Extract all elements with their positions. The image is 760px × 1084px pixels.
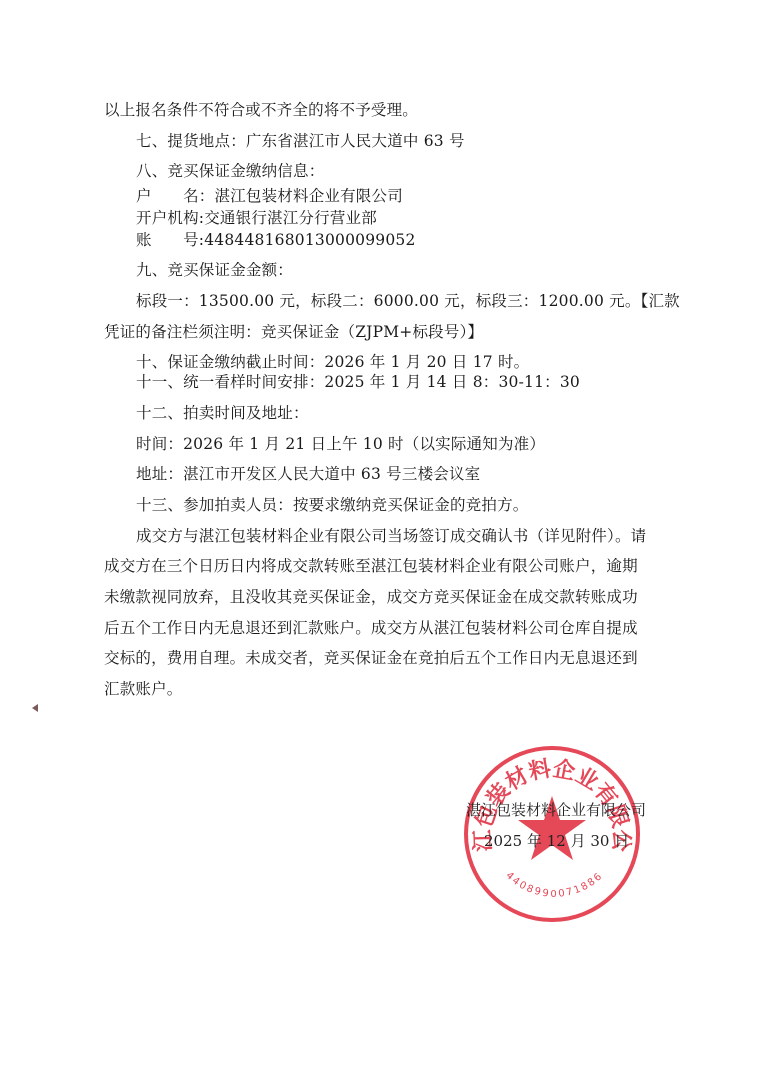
document-line: 后五个工作日内无息退还到汇款账户。成交方从湛江包装材料公司仓库自提成 <box>104 618 638 638</box>
document-line: 十三、参加拍卖人员：按要求缴纳竞买保证金的竞拍方。 <box>136 495 529 515</box>
document-line: 开户机构:交通银行湛江分行营业部 <box>136 208 377 228</box>
document-line: 地址：湛江市开发区人民大道中 63 号三楼会议室 <box>136 464 480 484</box>
document-line: 交标的，费用自理。未成交者，竞买保证金在竞拍后五个工作日内无息退还到 <box>104 648 638 668</box>
document-line: 标段一：13500.00 元，标段二：6000.00 元，标段三：1200.00… <box>136 291 680 311</box>
document-line: 十二、拍卖时间及地址： <box>136 403 309 423</box>
document-line: 十一、统一看样时间安排：2025 年 1 月 14 日 8：30-11：30 <box>136 372 580 392</box>
svg-text:4408990071886: 4408990071886 <box>503 870 605 900</box>
page-marker-icon <box>32 704 38 712</box>
document-line: 凭证的备注栏须注明：竞买保证金（ZJPM+标段号）】 <box>104 322 483 342</box>
document-line: 未缴款视同放弃，且没收其竞买保证金，成交方竞买保证金在成交款转账成功 <box>104 587 638 607</box>
document-line: 汇款账户。 <box>104 679 183 699</box>
document-line: 时间：2026 年 1 月 21 日上午 10 时（以实际通知为准） <box>136 434 545 454</box>
document-page: 以上报名条件不符合或不齐全的将不予受理。七、提货地点：广东省湛江市人民大道中 6… <box>0 0 760 1084</box>
document-line: 成交方在三个日历日内将成交款转账至湛江包装材料企业有限公司账户，逾期 <box>104 556 638 576</box>
document-line: 七、提货地点：广东省湛江市人民大道中 63 号 <box>136 131 465 151</box>
document-line: 以上报名条件不符合或不齐全的将不予受理。 <box>104 100 418 120</box>
document-line: 九、竞买保证金金额： <box>136 260 293 280</box>
document-line: 户 名：湛江包装材料企业有限公司 <box>136 186 403 206</box>
document-line: 十、保证金缴纳截止时间：2026 年 1 月 20 日 17 时。 <box>136 352 529 372</box>
signature-date: 2025 年 12 月 30 日 <box>484 831 629 851</box>
signature-company: 湛江包装材料企业有限公司 <box>466 800 646 820</box>
document-line: 成交方与湛江包装材料企业有限公司当场签订成交确认书（详见附件）。请 <box>136 526 646 546</box>
document-line: 账 号:448448168013000099052 <box>136 230 416 250</box>
document-line: 八、竞买保证金缴纳信息： <box>136 161 324 181</box>
